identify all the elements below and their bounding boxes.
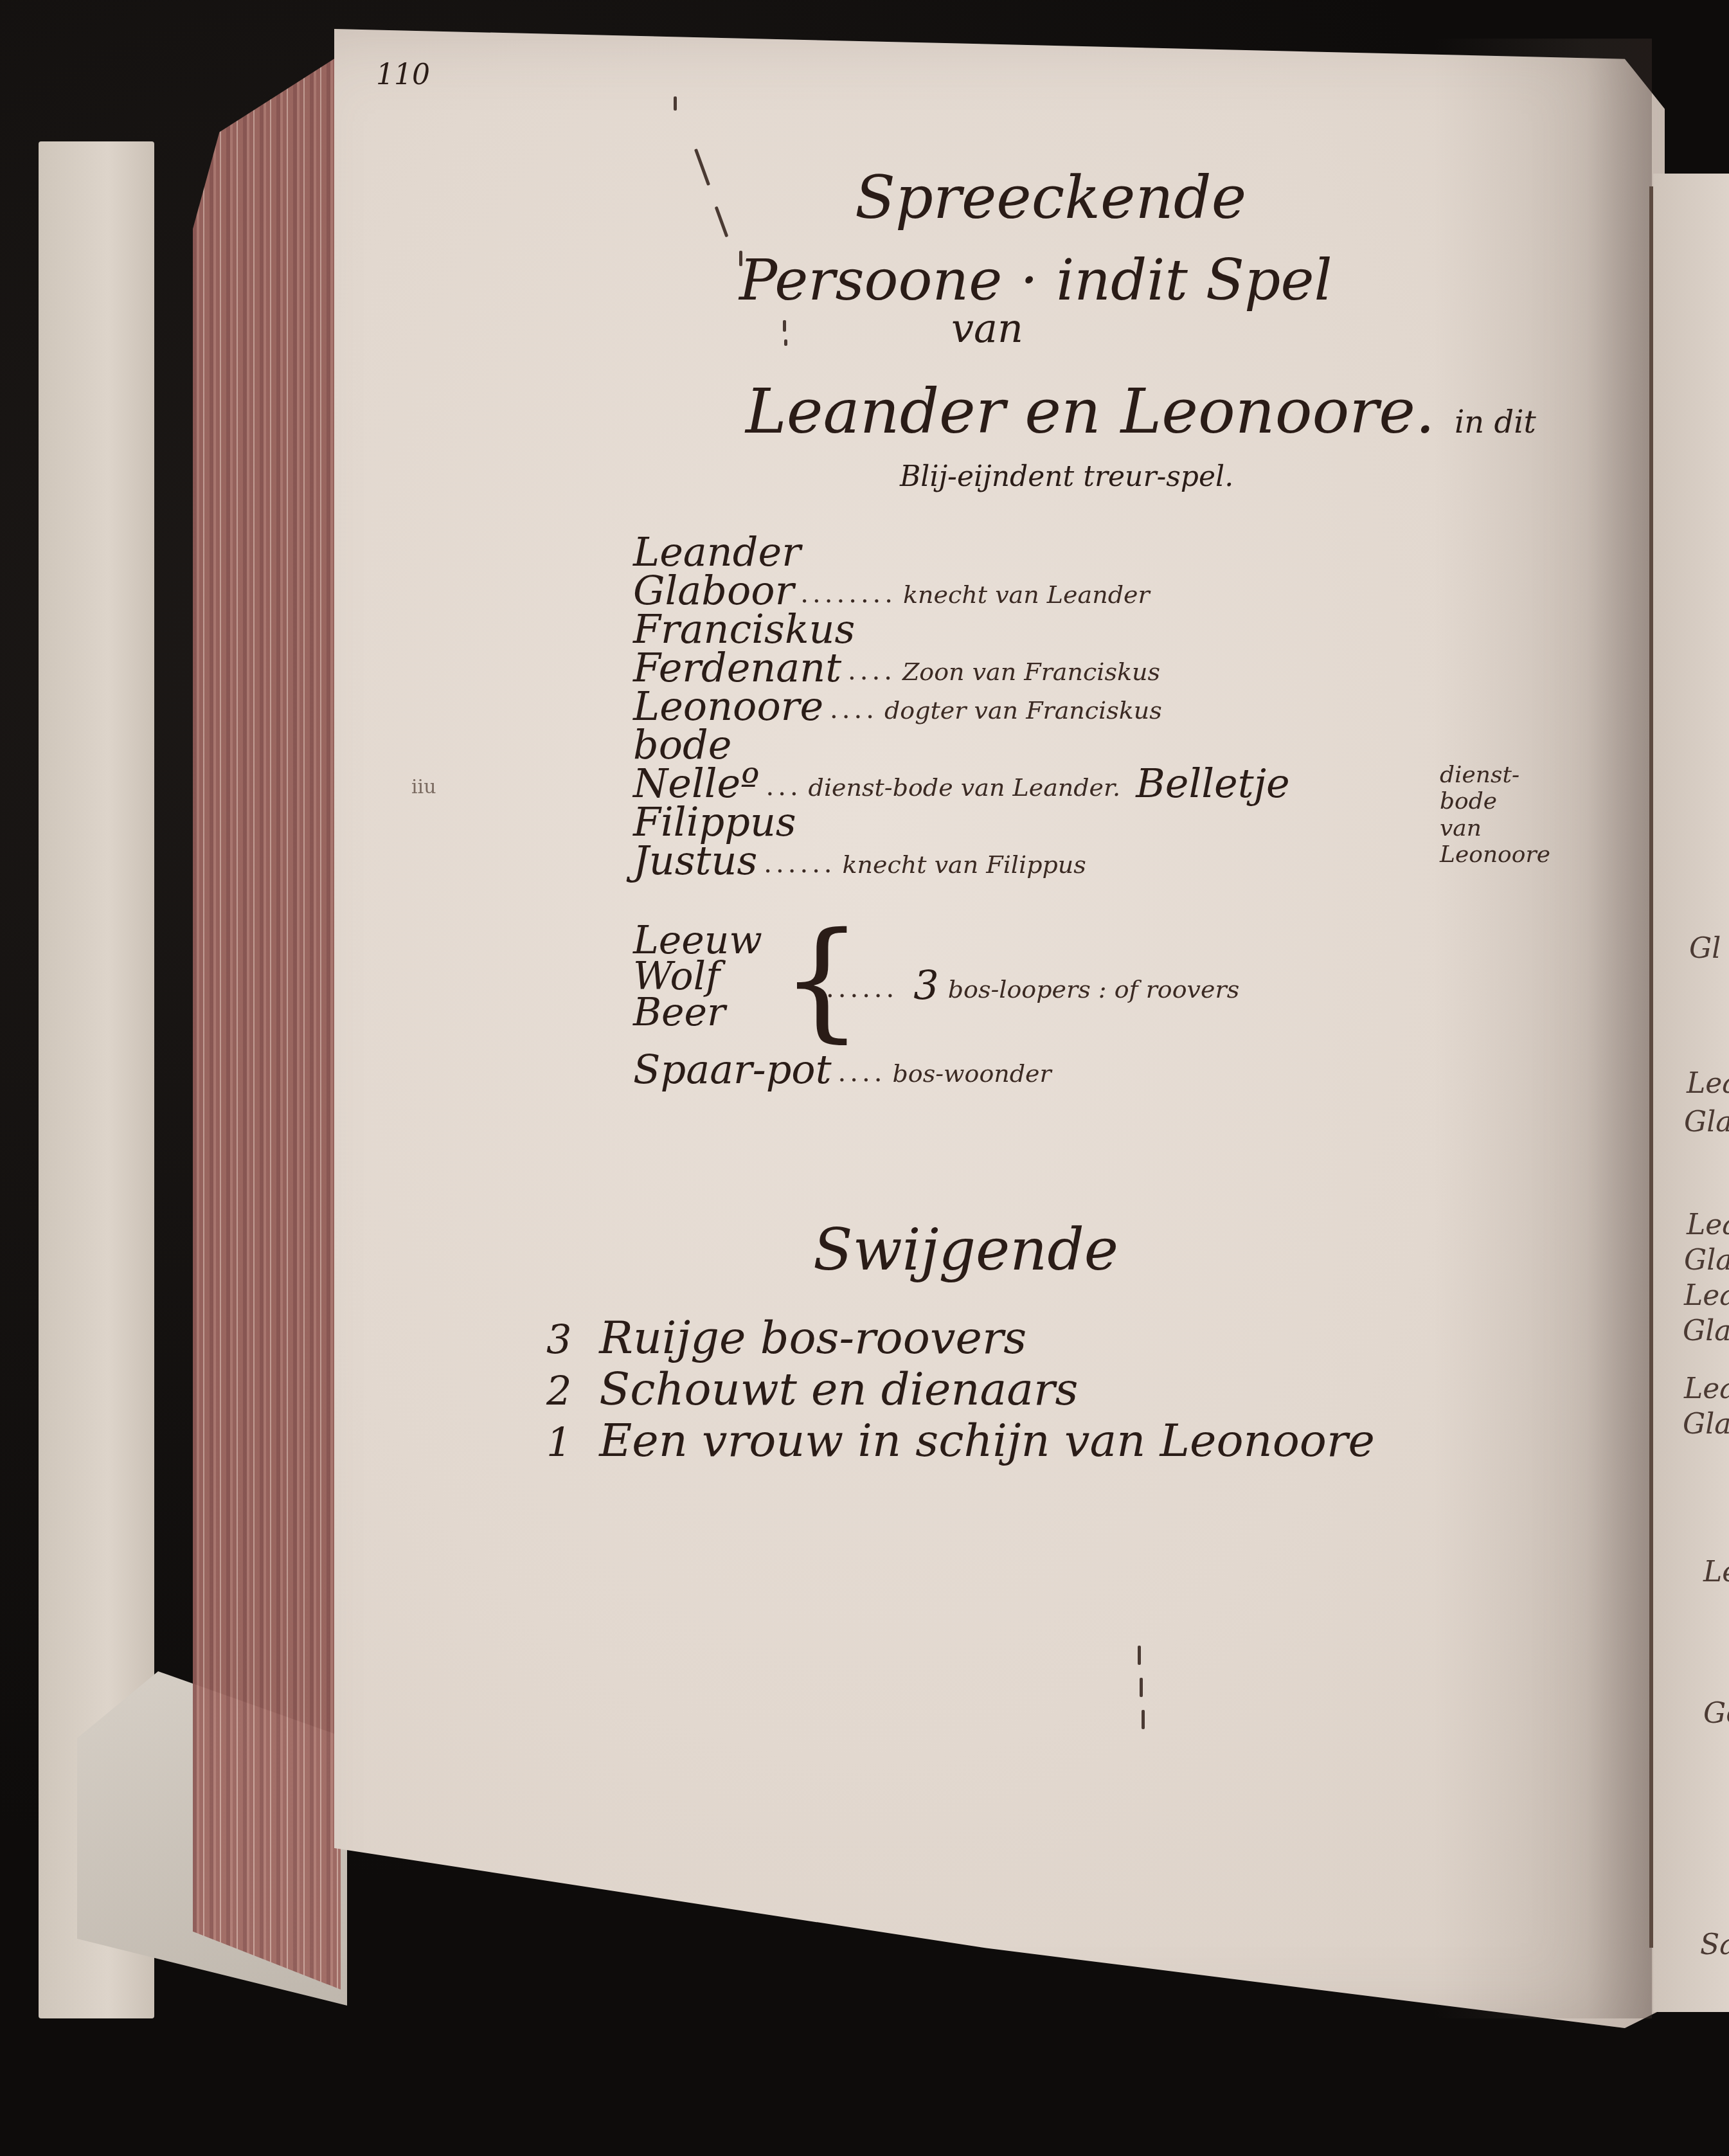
heading-play-title: Leander en Leonoore. in dit xyxy=(746,381,1536,442)
facing-page-fragment: Lea xyxy=(1684,1372,1729,1405)
facing-page-fragment: Lea xyxy=(1684,1279,1729,1312)
cast-role: bos-woonder xyxy=(892,1059,1051,1088)
play-title: Leander en Leonoore. xyxy=(746,375,1435,447)
cast-role: dogter van Franciskus xyxy=(884,696,1162,724)
heading-silent: Swijgende xyxy=(813,1221,1118,1279)
play-title-tail: in dit xyxy=(1455,404,1536,440)
cast-role: bos-loopers : of roovers xyxy=(948,975,1239,1003)
cast-role: dienst-bode van Leander. xyxy=(809,773,1121,802)
silent-row: 2 Schouwt en dienaars xyxy=(546,1363,1375,1414)
silent-row: 3 Ruijge bos-roovers xyxy=(546,1311,1375,1363)
margin-dash-mark xyxy=(783,320,786,332)
cast-role: knecht van Leander xyxy=(903,580,1150,609)
facing-page-fragment: Gl xyxy=(1689,932,1721,965)
robbers-count: 3 xyxy=(913,962,938,1009)
robbers-names: Leeuw Wolf Beer xyxy=(633,918,762,1026)
cast-role: knecht van Filippus xyxy=(843,850,1086,879)
leader-dots: ...... xyxy=(826,974,898,1003)
facing-page-fragment: Lea xyxy=(1687,1208,1729,1241)
cast-extra-role: dienst-bode van Leonoore xyxy=(1440,762,1550,868)
speaking-cast-list: Leander Glaboor ........ knecht van Lean… xyxy=(633,537,1290,884)
silent-cast-list: 3 Ruijge bos-roovers 2 Schouwt en dienaa… xyxy=(546,1311,1375,1466)
facing-page-fragment: Sa xyxy=(1700,1928,1729,1961)
robbers-description: ...... 3 bos-loopers : of roovers xyxy=(820,962,1239,1009)
facing-page-fragment: Gla xyxy=(1683,1315,1729,1347)
margin-dash-mark xyxy=(1140,1678,1143,1697)
silent-row: 1 Een vrouw in schijn van Leonoore xyxy=(546,1414,1375,1466)
silent-count: 1 xyxy=(546,1419,585,1466)
margin-dash-mark xyxy=(1142,1710,1145,1729)
cast-name: Justus xyxy=(633,837,757,884)
book-fore-edge xyxy=(193,55,341,1990)
cast-row: Spaar-pot .... bos-woonder xyxy=(633,1054,1052,1093)
leader-dots: ... xyxy=(766,772,802,802)
cast-name: Wolf xyxy=(633,954,762,990)
leader-dots: .... xyxy=(838,1058,886,1088)
silent-count: 2 xyxy=(546,1367,585,1414)
facing-page-fragment: Lea xyxy=(1687,1067,1729,1100)
margin-dash-mark xyxy=(1138,1646,1141,1665)
leader-dots: .... xyxy=(848,656,896,686)
heading-persons: Persoone · indit Spel xyxy=(739,252,1332,309)
silent-count: 3 xyxy=(546,1316,585,1363)
facing-page-fragment: Lea xyxy=(1703,1556,1729,1588)
cast-name: Leeuw xyxy=(633,918,762,954)
cast-row: Justus ...... knecht van Filippus xyxy=(633,845,1290,884)
margin-pencil-note: iiu xyxy=(411,778,436,797)
facing-page-fragment: Gla xyxy=(1684,1106,1729,1138)
cast-extra-role-line: dienst-bode xyxy=(1440,762,1550,815)
silent-text: Een vrouw in schijn van Leonoore xyxy=(599,1414,1375,1467)
robbers-group: Leeuw Wolf Beer { ...... 3 bos-loopers :… xyxy=(633,918,762,1026)
facing-page-fragment: Gla xyxy=(1684,1244,1729,1277)
silent-text: Ruijge bos-roovers xyxy=(599,1311,1026,1364)
leader-dots: ........ xyxy=(800,579,897,609)
margin-dash-mark xyxy=(784,339,787,346)
cast-name: Spaar-pot xyxy=(633,1046,832,1093)
page-number: 110 xyxy=(376,61,430,89)
cast-extra-role-line: van Leonoore xyxy=(1440,815,1550,868)
silent-text: Schouwt en dienaars xyxy=(599,1363,1078,1415)
cast-extra-name: Belletje xyxy=(1136,760,1289,807)
facing-page-fragment: Gla xyxy=(1683,1408,1729,1441)
facing-page-fragment: Ge xyxy=(1703,1697,1729,1730)
forest-dweller-row: Spaar-pot .... bos-woonder xyxy=(633,1054,1052,1093)
cast-role: Zoon van Franciskus xyxy=(902,658,1160,686)
leader-dots: ...... xyxy=(764,849,836,879)
book-gutter xyxy=(1649,186,1653,1948)
heading-speaking: Spreeckende xyxy=(855,168,1246,228)
heading-genre: Blij-eijndent treur-spel. xyxy=(900,463,1233,491)
cast-name: Beer xyxy=(633,990,762,1026)
heading-van: van xyxy=(951,309,1023,348)
margin-dash-mark xyxy=(674,96,677,111)
leader-dots: .... xyxy=(830,695,878,724)
